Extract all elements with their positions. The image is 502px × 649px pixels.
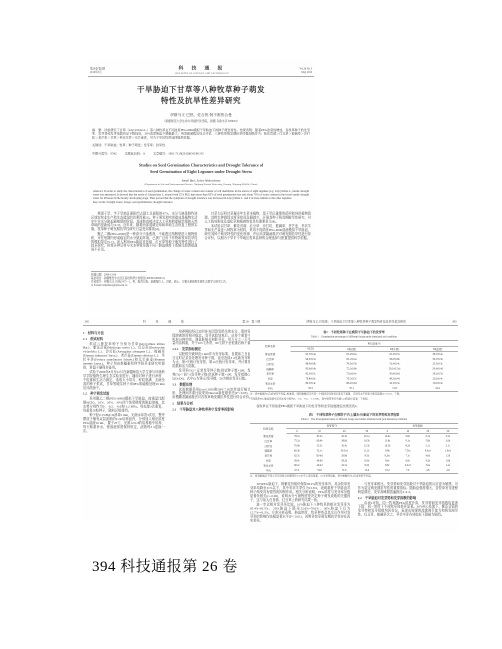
journal-header: 第26卷 第3期 2010年5月 科 技 通 报 BULLETIN OF SCI… xyxy=(88,58,314,77)
text-block: 1.2 种子萌发试验 xyxy=(83,392,165,396)
text-block: 以胚根突破种皮2 mm作为发芽标准，自置床之日起每日定时记录各处理发芽种子数，直… xyxy=(172,353,254,369)
article-title-en: Studies on Seed Germination Characterist… xyxy=(88,163,314,175)
document-canvas: 第26卷 第3期 2010年5月 科 技 通 报 BULLETIN OF SCI… xyxy=(0,0,502,649)
text-block: 1.2.1 发芽指标测定 xyxy=(172,348,254,352)
abstract-zh: 摘 要：试验研究了甘草（Glycyrrhiza L.）等八种牧草在不同浓度PEG… xyxy=(92,129,310,141)
journal-name-block: 科 技 通 报 BULLETIN OF SCIENCE AND TECHNOLO… xyxy=(176,64,229,75)
table1-germination-rate: 牧草名称PEG浓度/%0(CK)10(轻度)20(中度)30(重度)紫花苜蓿92… xyxy=(250,341,458,392)
page-footer-caption: 394 科技通报第 26 卷 xyxy=(92,555,238,576)
body-columns: 30%PEG胁迫下，除紫花苜蓿仍保持38.2%的发芽率外，其余牧草发芽率均降至3… xyxy=(250,482,458,534)
text-block: 1.1 供试材料 xyxy=(83,337,165,341)
journal-name-en: BULLETIN OF SCIENCE AND TECHNOLOGY xyxy=(176,72,229,75)
scanned-page-methods: 392 科 技 通 报 第 26 卷 1 材料与方法1.1 供试材料供试八种牧草… xyxy=(83,318,254,520)
issue-line2: 2010年5月 xyxy=(90,71,105,75)
article-title-zh: 干旱胁迫下甘草等八种牧草种子萌发 特性及抗旱性差异研究 xyxy=(88,85,314,107)
text-block: 聚乙二醇(PEG-6000)是一种高分子渗透剂，不能透过细胞壁进入植物组织，可在… xyxy=(91,232,198,252)
issue-label: 第 3 期 xyxy=(252,319,261,324)
text-block: 我国干旱、半干旱地区面积约占国土总面积的47%，水分亏缺是制约该区域农牧业生产和… xyxy=(91,212,198,232)
text-block: 1.3 数据处理 xyxy=(172,383,254,387)
text-block: 本试验以甘草、紫花苜蓿、红豆草、沙打旺、披碱草、老芒麦、苇状羊茅和无芒雀麦八种牧… xyxy=(205,225,312,241)
scanned-page-results: 第 3 期 伊斯马义·巴热等：干旱胁迫下甘草等八种牧草种子萌发特性及抗旱性差异研… xyxy=(250,318,458,534)
vol-line2: May 2010 xyxy=(299,71,312,75)
document-code: 文献标识码：A xyxy=(125,151,145,156)
text-block: 与发芽率相比，发芽势和发芽指数对干旱胁迫的反应更为敏感，可作为鉴定萌发期抗旱性的… xyxy=(358,483,458,495)
text-block: 种子经0.1%HgCl2消毒5 min，无菌水冲洗3次后，整齐摆放于铺有双层滤纸… xyxy=(83,414,165,434)
table2-note: 注：同列数据后不同小写字母表示处理间在0.05水平上差异显著，GI为发芽指数，表… xyxy=(250,475,458,478)
lead-paragraph: 各牧草在不同浓度PEG模拟干旱胁迫下的发芽势和发芽指数测定结果见表2。 xyxy=(250,403,458,408)
text-block: 1 材料与方法 xyxy=(83,332,165,336)
body-column-right: 培养期间每日定时补充因蒸发损失的水分，保持各处理溶液浓度相对稳定。发芽试验结束后… xyxy=(172,329,254,516)
footnote-lines: 收稿日期：2009-12-06基金项目：新疆维吾尔自治区高校科研计划项目(XJE… xyxy=(91,273,311,287)
text-block: 2.2 干旱胁迫对发芽势和发芽指数的影响 xyxy=(358,496,458,500)
table1-note2: 不同浓度PEG胁迫溶液对应的水势分别为0、-0.2、-0.6、-1.2 MPa，… xyxy=(250,398,458,401)
text-block: 采用聚乙二醇(PEG-6000)模拟干旱胁迫，按重量比配制0(CK)、10%、2… xyxy=(83,397,165,413)
keywords-zh: 关键词：干旱胁迫；牧草；种子萌发；发芽率；抗旱性 xyxy=(92,143,310,148)
table1-note1: 注：表中数据为3次重复的平均值±标准差，同列数据后凡具有一个相同字母者表示差异不… xyxy=(250,393,458,396)
running-title: 伊斯马义·巴热等：干旱胁迫下甘草等八种牧草种子萌发特性及抗旱性差异研究 xyxy=(263,319,449,324)
text-block: 由表2可知，同一牧草随PEG浓度升高，发芽势和发芽指数均显著下降；同一浓度下不同… xyxy=(358,501,458,517)
body-column-left: 1 材料与方法1.1 供试材料供试八种牧草种子分别为甘草(Glycyrrhiza… xyxy=(83,329,165,516)
table2-vigor-index: 牧草名称发芽势/%发芽指数01020300102030紫花苜蓿78.5a65.2… xyxy=(250,423,458,474)
text-block: 试验于2009年8月至12月在新疆师范大学生命与环境科学学院植物生理生态实验室进… xyxy=(83,371,165,391)
text-block: 甘草为豆科甘草属多年生草本植物，是干旱区重要的药用和饲用植物资源，其野生种群因过… xyxy=(205,212,312,224)
page-number: 393 xyxy=(452,321,456,324)
running-header: 第 3 期 伊斯马义·巴热等：干旱胁迫下甘草等八种牧草种子萌发特性及抗旱性差异研… xyxy=(250,318,458,326)
table1-caption-zh: 表1 不同牧草种子在模拟干旱胁迫下的发芽率 xyxy=(250,330,458,335)
table1-caption-en: Table 1 Germination percentage of differ… xyxy=(250,335,458,339)
intro-column-right: 甘草为豆科甘草属多年生草本植物，是干旱区重要的药用和饲用植物资源，其野生种群因过… xyxy=(205,211,312,267)
text-block: 发芽率(%)＝正常发芽种子数/供试种子数×100；发芽势(%)＝前7 d发芽种子… xyxy=(172,369,254,381)
keywords-en: Key words: drought stress; forage; seed … xyxy=(93,201,309,205)
intro-columns: 我国干旱、半干旱地区面积约占国土总面积的47%，水分亏缺是制约该区域农牧业生产和… xyxy=(91,211,311,267)
scanned-page-title: 第26卷 第3期 2010年5月 科 技 通 报 BULLETIN OF SCI… xyxy=(88,58,314,312)
journal-issue-block: 第26卷 第3期 2010年5月 xyxy=(90,67,105,74)
clc-number: 中图分类号：S542 xyxy=(92,151,117,156)
text-block: 2.1 干旱胁迫对八种牧草种子发芽率的影响 xyxy=(172,408,254,412)
text-block: 进一步以相对发芽率比较，10%胁迫下八种牧草的相对发芽率为85.4%~92.3%… xyxy=(250,503,350,523)
authors-zh: 伊斯马义·巴热，佐合热·阿不都热合曼 xyxy=(88,112,314,118)
affiliation-en: (Department of Life and Environmental Sc… xyxy=(88,183,314,186)
authors-en: Ismail Bari, Zohra Abdurahman xyxy=(88,179,314,182)
classification-line: 中图分类号：S542 文献标识码：A 文章编号：1001-7119(2010)0… xyxy=(92,151,310,156)
body-column-left: 30%PEG胁迫下，除紫花苜蓿仍保持38.2%的发芽率外，其余牧草发芽率均降至3… xyxy=(250,482,350,534)
text-block: 30%PEG胁迫下，除紫花苜蓿仍保持38.2%的发芽率外，其余牧草发芽率均降至3… xyxy=(250,483,350,503)
text-block: 试验数据采用Excel 2003和DPS 7.05软件进行统计分析，处理间多重比… xyxy=(172,388,254,400)
running-journal-name: 科 技 通 报 xyxy=(92,319,240,324)
table2-caption-zh: 表2 不同牧草种子在模拟干旱(土壤水分)胁迫下的发芽势和发芽指数 xyxy=(250,412,458,417)
intro-column-left: 我国干旱、半干旱地区面积约占国土总面积的47%，水分亏缺是制约该区域农牧业生产和… xyxy=(91,211,198,267)
journal-name-zh: 科 技 通 报 xyxy=(176,64,229,71)
footnote-line: ① E-mail: ismailbari@xjnu.edu.cn xyxy=(91,284,311,288)
text-block: 培养期间每日定时补充因蒸发损失的水分，保持各处理溶液浓度相对稳定。发芽试验结束后… xyxy=(172,330,254,346)
footnote-block: 收稿日期：2009-12-06基金项目：新疆维吾尔自治区高校科研计划项目(XJE… xyxy=(91,271,311,287)
running-header: 392 科 技 通 报 第 26 卷 xyxy=(83,318,254,326)
journal-vol-block: Vol.26 No.3 May 2010 xyxy=(299,67,312,74)
table2-caption-en: Table 2 The investigation index of diffe… xyxy=(250,417,458,421)
page-number: 392 xyxy=(85,321,89,324)
article-id: 文章编号：1001-7119(2010)03-0391-05 xyxy=(153,151,204,156)
body-columns: 1 材料与方法1.1 供试材料供试八种牧草种子分别为甘草(Glycyrrhiza… xyxy=(83,329,254,516)
abstract-en: Abstract: In order to study the characte… xyxy=(93,190,309,205)
text-block: 2 结果与分析 xyxy=(172,402,254,406)
footnote-rule xyxy=(91,271,146,272)
affiliation-zh: （新疆师范大学生命与环境科学学院，新疆 乌鲁木齐 830054） xyxy=(88,119,314,123)
body-column-right: 与发芽率相比，发芽势和发芽指数对干旱胁迫的反应更为敏感，可作为鉴定萌发期抗旱性的… xyxy=(358,482,458,534)
text-block: 供试八种牧草种子分别为甘草(Glycyrrhiza inflata Bat.)、… xyxy=(83,342,165,369)
